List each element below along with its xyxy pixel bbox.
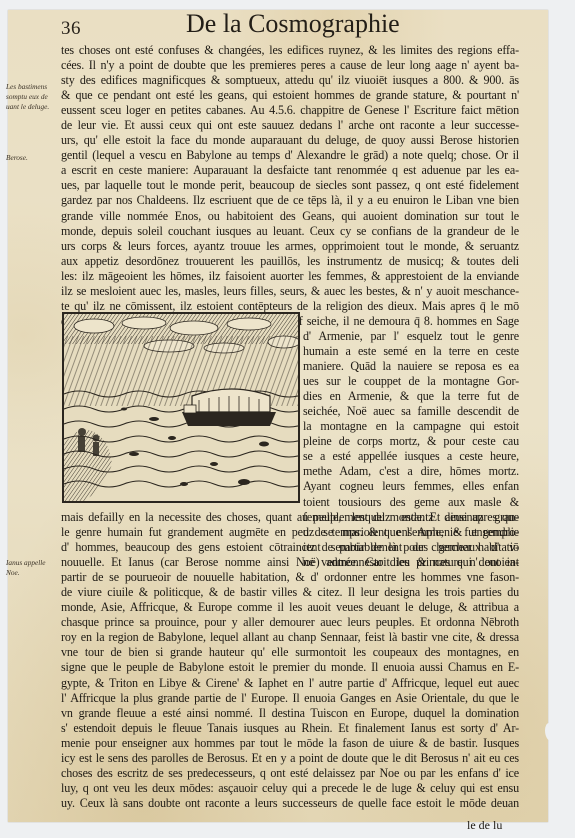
margin-note-ianus: Ianus appelle Noe. [6,558,60,578]
text-line: de viure ciuile & politicque, & de basti… [61,585,519,600]
ark-icon [182,389,276,426]
text-line: s' estendoit depuis le fleuue Tanais ius… [61,721,519,736]
margin-note-line: somptu eux de [6,92,48,101]
margin-note-bastiments: Les bastimens somptu eux de uant le delu… [6,82,60,112]
text-line: nouuelle. Et Ianus (car Berose nomme ain… [61,555,519,570]
text-line: tes choses ont esté confuses & changées,… [61,43,519,58]
margin-note-berose: Berose. [6,153,60,163]
text-line: urs, qu' elle estoit la face du monde au… [61,133,519,148]
text-line: se a esté appellée iusques a ceste heure… [303,449,519,464]
text-line: choses des escritz de ses predecesseurs,… [61,766,519,781]
text-line: methe Adam, c'est a dire, hōmes mortz. [303,464,519,479]
text-line: & que ce pendant ont esté les geans, qui… [61,88,519,103]
text-line: aux appetiz desordōnez trouuerent les pa… [61,254,519,269]
margin-note-line: Berose. [6,153,28,162]
text-line: vn grande fleuue a esté ainsi nommé. Il … [61,706,519,721]
text-line: eussent sceu loger en petites cabanes. A… [61,103,519,118]
text-line: ues sur le couppet de la montagne Gor- [303,374,519,389]
text-line: uy. Ceux là sans doubte ont raconte a le… [61,796,519,811]
text-line: monde, depuis soleil couchant iusques au… [61,224,519,239]
margin-note-line: Noe. [6,568,20,577]
margin-note-line: Ianus appelle [6,558,46,567]
text-line: ues, par laquelle tout le monde perit, b… [61,178,519,193]
noahs-ark-flood-woodcut [64,314,298,501]
text-line: humain a este semé en la terre en ceste [303,344,519,359]
woodcut-illustration [62,312,300,503]
text-line: toient tousiours des geme aux masle & [303,495,519,510]
text-line: partir de se pourueoir de nouuelle habit… [61,570,519,585]
text-line: pleine de corps mortz, & pour ceste cau [303,434,519,449]
text-line: menie pour enseigner aux hommes par tout… [61,736,519,751]
text-line: sty des edifices magnificques & somptueu… [61,73,519,88]
text-line: les: ilz māgeoient les hōmes, ilz faisoi… [61,269,519,284]
page-number: 36 [61,18,81,40]
margin-note-line: Les bastimens [6,82,47,91]
text-line: d' hommes, beaucoup des gens estoient cō… [61,540,519,555]
text-line: mais defailly en la necessite des choses… [61,510,519,525]
text-line: de leur vie. Et aussi ceux qui ont este … [61,118,519,133]
text-line: maniere. Quād la nauiere se reposa es ea [303,359,519,374]
text-line: l' Affricque la plus grande partie de l'… [61,691,519,706]
catchword: le de lu [467,818,502,833]
text-line: gypte, & Triton en Libye & Cirene' & Iap… [61,676,519,691]
text-line: gardez par nos Chaldeens. Ilz escriuent … [61,193,519,208]
text-line: a escrit en ceste maniere: Auparauant la… [61,163,519,178]
text-line: gentil (lequel a vescu en Babylone au te… [61,148,519,163]
text-line: le genre humain fut grandement augmēte e… [61,525,519,540]
text-line: grande ville nommée Enos, ou habitoient … [61,209,519,224]
text-line: icy est le sens des parolles de Berosus.… [61,751,519,766]
margin-note-line: uant le deluge. [6,102,49,111]
text-line: signe que le peuple de Babylone estoit l… [61,660,519,675]
text-bottom-block: mais defailly en la necessite des choses… [61,510,519,811]
page-tear [545,723,555,741]
text-line: ilz se mesloient auec les, masles, leurs… [61,284,519,299]
text-line: dies en Armenie, & que la terre fut de [303,389,519,404]
text-line: chasque prince sa prouince, pour y aller… [61,615,519,630]
running-head: De la Cosmographie [186,9,400,39]
text-line: la montagne en la campagne qui estoit [303,419,519,434]
text-line: Ayant cogneu leurs femmes, elles enfan [303,479,519,494]
text-line: seichée, Noë auec sa famille descendit d… [303,404,519,419]
text-line: d' Armenie, par l' esquelz tout le genre [303,329,519,344]
text-line: roy en la region de Babylone, lequel all… [61,630,519,645]
text-line: cées. Il n'y a point de doubte que les p… [61,58,519,73]
text-line: vne tour de bien si grande hauteur qu' e… [61,645,519,660]
text-line: luy, q ont veu les deux mōdes: asçauoir … [61,781,519,796]
text-top-block: tes choses ont esté confuses & changées,… [61,43,519,329]
text-line: urs corps & leurs forces, ayantz trouue … [61,239,519,254]
text-line: monde, Asie, Affricque, & Europe comme i… [61,600,519,615]
